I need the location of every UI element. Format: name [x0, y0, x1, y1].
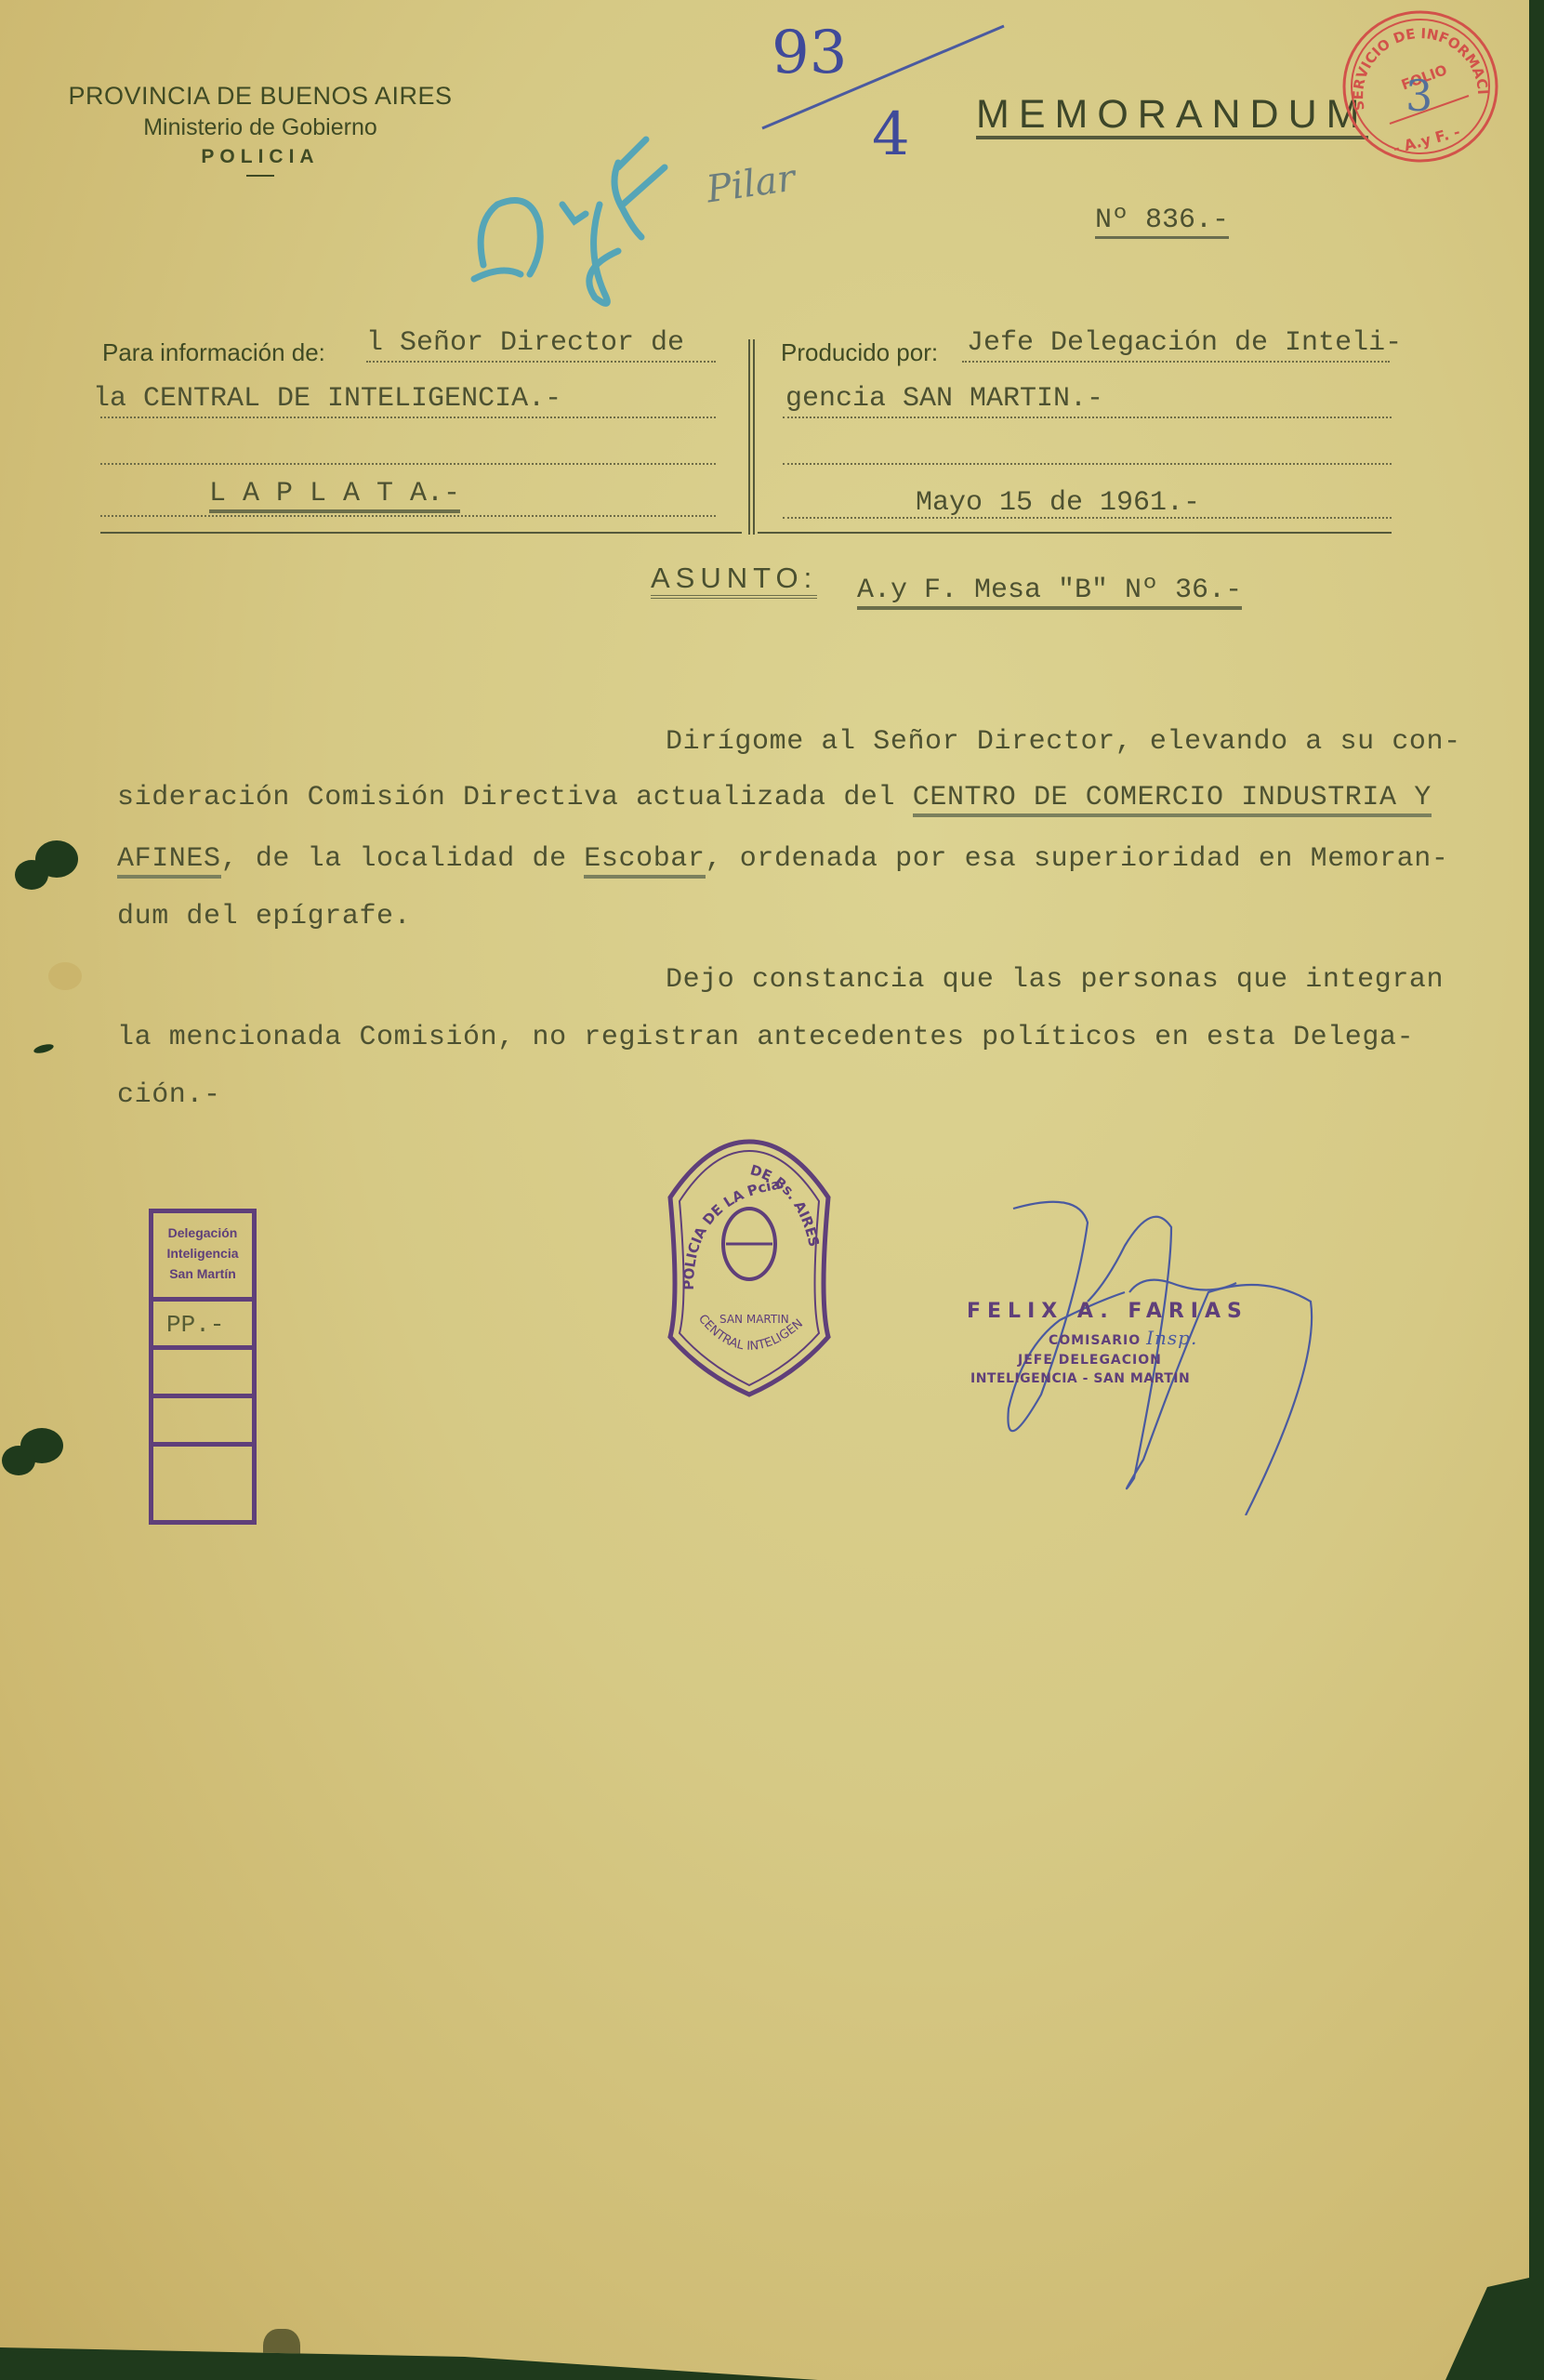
body-p1-line4: dum del epígrafe.: [117, 900, 411, 933]
handwritten-insp: Insp.: [1146, 1327, 1197, 1349]
dotted-line: [783, 416, 1392, 418]
asunto-label: ASUNTO:: [651, 562, 817, 599]
punch-hole: [15, 860, 48, 890]
para-informacion-line1: l Señor Director de: [366, 327, 684, 359]
signatory-name: FELIX A. FARIAS: [967, 1300, 1248, 1323]
document-page: PROVINCIA DE BUENOS AIRES Ministerio de …: [0, 0, 1529, 2380]
column-divider: [748, 339, 755, 535]
box-stamp-cell: [153, 1447, 252, 1495]
underlined-org-name: CENTRO DE COMERCIO INDUSTRIA Y: [913, 782, 1432, 817]
signatory-title2: INTELIGENCIA - SAN MARTIN: [970, 1371, 1248, 1386]
letterhead-ministry: Ministerio de Gobierno: [65, 112, 455, 143]
handwritten-ayf-annotation: [455, 65, 734, 316]
box-stamp-header: Delegación Inteligencia San Martín: [153, 1213, 252, 1302]
stain: [48, 962, 82, 990]
memorandum-title: MEMORANDUM: [976, 93, 1368, 139]
punch-hole: [2, 1446, 35, 1475]
dotted-line: [783, 463, 1392, 465]
letterhead-police: POLICIA: [65, 143, 455, 171]
police-shield-seal: POLICIA DE LA Pcia DE Bs. AIRES SAN MART…: [656, 1132, 842, 1402]
body-text: , ordenada por esa superioridad en Memor…: [706, 843, 1449, 875]
dotted-line: [962, 361, 1390, 363]
para-informacion-city: L A P L A T A.-: [209, 478, 460, 513]
dotted-line: [783, 517, 1392, 519]
red-folio-stamp: SERVICIO DE INFORMACIONES FOLIO - A.y F.…: [1339, 7, 1501, 165]
producido-por-line1: Jefe Delegación de Inteli-: [967, 327, 1402, 359]
stain: [263, 2329, 300, 2371]
body-text: sideración Comisión Directiva actualizad…: [117, 782, 913, 813]
letterhead-province: PROVINCIA DE BUENOS AIRES: [65, 80, 455, 112]
seal-line1: SAN MARTIN: [719, 1313, 789, 1326]
body-p1-line1: Dirígome al Señor Director, elevando a s…: [666, 725, 1461, 759]
box-stamp-line2: Inteligencia: [153, 1243, 252, 1263]
producido-por-date: Mayo 15 de 1961.-: [916, 487, 1200, 519]
rule: [758, 532, 1392, 534]
letterhead-rule: [246, 175, 274, 177]
body-text: , de la localidad de: [221, 843, 585, 875]
producido-por-label: Producido por:: [781, 338, 938, 367]
signature-stamp: FELIX A. FARIAS COMISARIOInsp. JEFE DELE…: [967, 1300, 1248, 1386]
box-stamp-entry: PP.-: [153, 1302, 252, 1350]
asunto-value: A.y F. Mesa "B" Nº 36.-: [857, 575, 1242, 610]
handwritten-folio-number: 3: [1405, 71, 1432, 121]
body-p1-line2: sideración Comisión Directiva actualizad…: [117, 781, 1432, 814]
body-p2-line2: la mencionada Comisión, no registran ant…: [117, 1021, 1414, 1054]
body-p1-line3: AFINES, de la localidad de Escobar, orde…: [117, 842, 1448, 876]
underlined-afines: AFINES: [117, 843, 221, 879]
producido-por-line2: gencia SAN MARTIN.-: [785, 383, 1103, 415]
box-stamp-line1: Delegación: [153, 1223, 252, 1243]
memorandum-number: Nº 836.-: [1095, 205, 1229, 239]
box-stamp-cell: [153, 1350, 252, 1398]
rank-text: COMISARIO: [1049, 1333, 1141, 1348]
para-informacion-line2: la CENTRAL DE INTELIGENCIA.-: [93, 383, 561, 415]
box-stamp-line3: San Martín: [153, 1263, 252, 1284]
handwritten-fraction-bottom: 4: [872, 100, 910, 169]
rule: [100, 532, 742, 534]
underlined-escobar: Escobar: [584, 843, 705, 879]
signatory-rank: COMISARIOInsp.: [1049, 1327, 1248, 1349]
punch-tear: [33, 1042, 54, 1054]
dotted-line: [100, 416, 716, 418]
dotted-line: [100, 515, 716, 517]
signatory-title1: JEFE DELEGACION: [1018, 1353, 1248, 1368]
box-stamp-cell: [153, 1398, 252, 1447]
body-p2-line1: Dejo constancia que las personas que int…: [666, 963, 1444, 997]
para-informacion-label: Para información de:: [102, 338, 325, 367]
dotted-line: [366, 361, 716, 363]
letterhead: PROVINCIA DE BUENOS AIRES Ministerio de …: [65, 80, 455, 177]
body-p2-line3: ción.-: [117, 1078, 221, 1112]
delegation-box-stamp: Delegación Inteligencia San Martín PP.-: [149, 1209, 257, 1525]
dotted-line: [100, 463, 716, 465]
